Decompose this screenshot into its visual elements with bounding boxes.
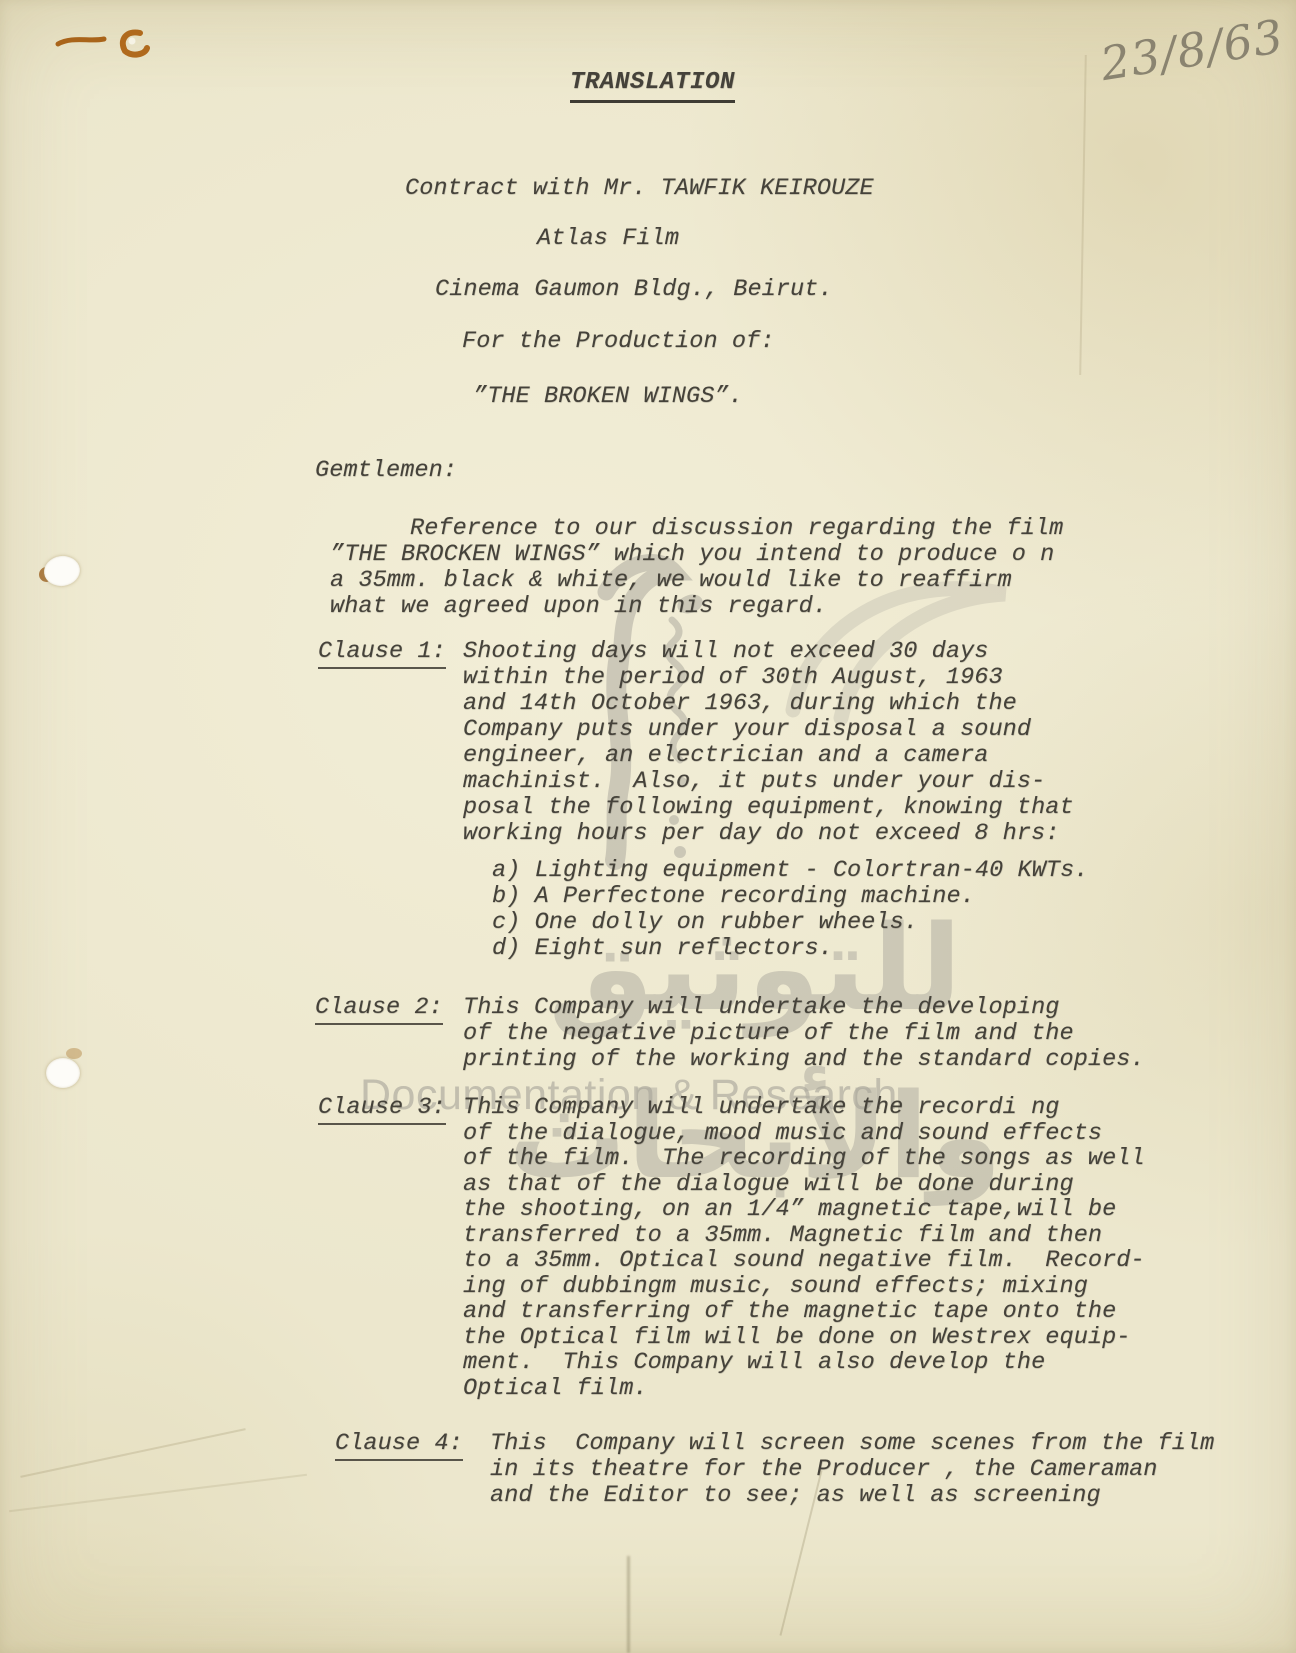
clause-1-line: posal the following equipment, knowing t… [463,795,1074,821]
salutation: Gemtlemen: [315,458,457,484]
clause-3-line: Optical film. [463,1376,1145,1402]
equipment-list: a) Lighting equipment - Colortran-40 KWT… [492,858,1089,962]
clause-2-line: of the negative picture of the film and … [463,1021,1145,1047]
clause-4-label: Clause 4: [335,1431,463,1461]
clause-3-line: of the dialogue, mood music and sound ef… [463,1121,1145,1147]
page-title: TRANSLATION [570,70,735,103]
clause-3-line: transferred to a 35mm. Magnetic film and… [463,1223,1145,1249]
clause-3-line: of the film. The recording of the songs … [463,1146,1145,1172]
scanned-contract-page: للتوثيق والأبحاث Documentation & Researc… [0,0,1296,1653]
equipment-item: a) Lighting equipment - Colortran-40 KWT… [492,858,1089,884]
clause-2-body: This Company will undertake the developi… [463,995,1145,1073]
clause-1-line: within the period of 30th August, 1963 [463,665,1074,691]
clause-3-line: and transferring of the magnetic tape on… [463,1299,1145,1325]
rust-stain-icon [52,24,152,60]
header-film-title: ”THE BROKEN WINGS”. [473,384,743,410]
clause-1-line: engineer, an electrician and a camera [463,743,1074,769]
handwritten-date: 23/8/63 [1097,10,1287,90]
clause-3-line: This Company will undertake the recordi … [463,1095,1145,1121]
clause-3-line: as that of the dialogue will be done dur… [463,1172,1145,1198]
clause-3-line: ment. This Company will also develop the [463,1350,1145,1376]
clause-3-line: the Optical film will be done on Westrex… [463,1325,1145,1351]
clause-4-line: in its theatre for the Producer , the Ca… [490,1457,1214,1483]
intro-line: a 35mm. black & white, we would like to … [330,568,1063,594]
clause-1-line: Company puts under your disposal a sound [463,717,1074,743]
hole-tan-smudge [66,1048,82,1059]
header-company: Atlas Film [537,226,679,252]
header-production-intro: For the Production of: [462,329,774,355]
paper-crease [20,1428,245,1478]
clause-2-line: This Company will undertake the developi… [463,995,1145,1021]
clause-3-body: This Company will undertake the recordi … [463,1095,1145,1401]
header-address: Cinema Gaumon Bldg., Beirut. [435,277,833,303]
clause-1-line: working hours per day do not exceed 8 hr… [463,821,1074,847]
clause-4-line: This Company will screen some scenes fro… [490,1431,1214,1457]
equipment-item: b) A Perfectone recording machine. [492,884,1089,910]
clause-2-line: printing of the working and the standard… [463,1047,1145,1073]
intro-line: ”THE BROCKEN WINGS” which you intend to … [330,542,1063,568]
clause-2-label: Clause 2: [315,995,443,1025]
clause-3-line: the shooting, on an 1/4” magnetic tape,w… [463,1197,1145,1223]
clause-1-line: Shooting days will not exceed 30 days [463,639,1074,665]
clause-1-label: Clause 1: [318,639,446,669]
header-contract-party: Contract with Mr. TAWFIK KEIROUZE [405,176,874,202]
intro-paragraph: Reference to our discussion regarding th… [330,516,1063,620]
equipment-item: d) Eight sun reflectors. [492,936,1089,962]
paper-crease [1079,55,1087,375]
clause-3-line: ing of dubbingm music, sound effects; mi… [463,1274,1145,1300]
intro-line: Reference to our discussion regarding th… [330,516,1063,542]
equipment-item: c) One dolly on rubber wheels. [492,910,1089,936]
clause-3-label: Clause 3: [318,1095,446,1125]
clause-1-line: machinist. Also, it puts under your dis- [463,769,1074,795]
paper-fold-bottom [627,1556,630,1653]
clause-1-line: and 14th October 1963, during which the [463,691,1074,717]
clause-1-body: Shooting days will not exceed 30 days wi… [463,639,1074,847]
paper-crease [9,1474,307,1513]
clause-4-line: and the Editor to see; as well as screen… [490,1483,1214,1509]
clause-3-line: to a 35mm. Optical sound negative film. … [463,1248,1145,1274]
punch-hole-bottom [46,1058,80,1088]
punch-hole-top [42,554,82,589]
intro-line: what we agreed upon in this regard. [330,594,1063,620]
clause-4-body: This Company will screen some scenes fro… [490,1431,1214,1509]
